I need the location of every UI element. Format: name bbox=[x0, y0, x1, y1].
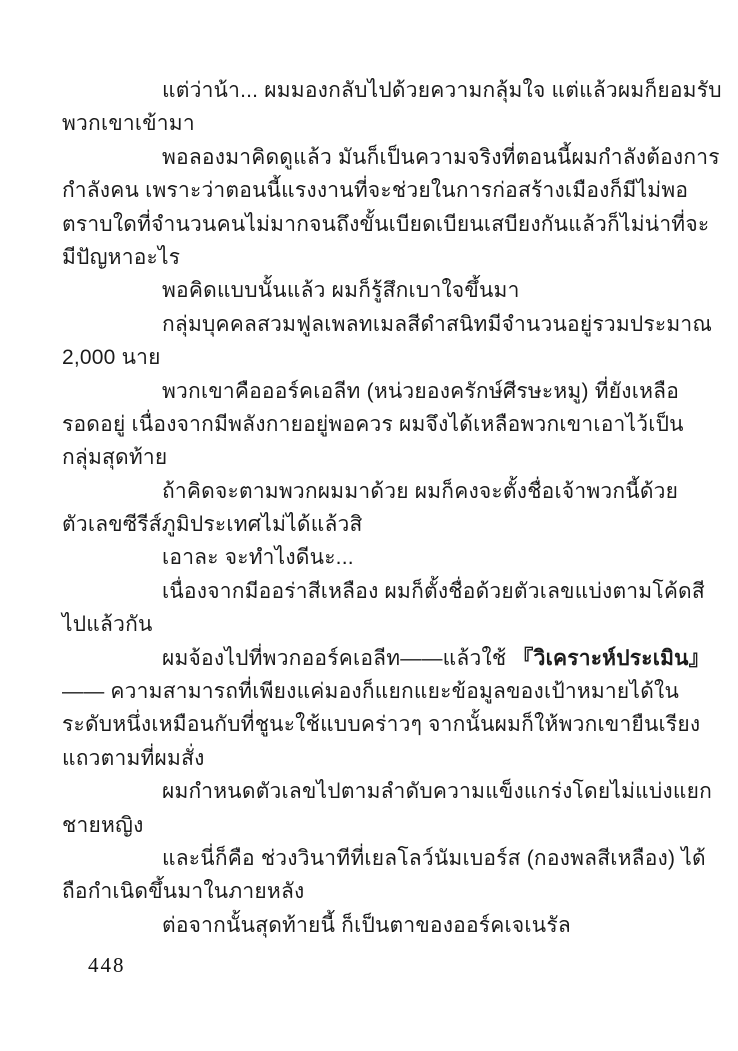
text-line: พวกเขาคือออร์คเอลีท (หน่วยองครักษ์ศีรษะห… bbox=[62, 375, 676, 408]
text-line: และนี่ก็คือ ช่วงวินาทีที่เยลโลว์นัมเบอร์… bbox=[62, 842, 676, 875]
text-line: รอดอยู่ เนื่องจากมีพลังกายอยู่พอควร ผมจึ… bbox=[62, 408, 676, 441]
text-line: เนื่องจากมีออร่าสีเหลือง ผมก็ตั้งชื่อด้ว… bbox=[62, 575, 676, 608]
text-line: —— ความสามารถที่เพียงแค่มองก็แยกแยะข้อมู… bbox=[62, 675, 676, 708]
page-text: แต่ว่าน้า... ผมมองกลับไปด้วยความกลุ้มใจ … bbox=[62, 74, 676, 942]
text-line: ถ้าคิดจะตามพวกผมมาด้วย ผมก็คงจะตั้งชื่อเ… bbox=[62, 475, 676, 508]
page-number: 448 bbox=[88, 953, 126, 978]
text-line: เอาละ จะทำไงดีนะ... bbox=[62, 541, 676, 574]
text-line: ระดับหนึ่งเหมือนกับที่ชูนะใช้แบบคร่าวๆ จ… bbox=[62, 708, 676, 741]
text-line: พอคิดแบบนั้นแล้ว ผมก็รู้สึกเบาใจขึ้นมา bbox=[62, 274, 676, 307]
text-line: พวกเขาเข้ามา bbox=[62, 107, 676, 140]
text-line: ผมจ้องไปที่พวกออร์คเอลีท——แล้วใช้ 『วิเคร… bbox=[62, 642, 676, 675]
text-line: ตราบใดที่จำนวนคนไม่มากจนถึงขั้นเบียดเบีย… bbox=[62, 208, 676, 241]
text-line: ผมกำหนดตัวเลขไปตามลำดับความแข็งแกร่งโดยไ… bbox=[62, 775, 676, 808]
text-line: กลุ่มบุคคลสวมฟูลเพลทเมลสีดำสนิทมีจำนวนอย… bbox=[62, 308, 676, 341]
text-line: ตัวเลขซีรีส์ภูมิประเทศไม่ได้แล้วสิ bbox=[62, 508, 676, 541]
text-line: ชายหญิง bbox=[62, 809, 676, 842]
text-line: ถือกำเนิดขึ้นมาในภายหลัง bbox=[62, 875, 676, 908]
text-line: มีปัญหาอะไร bbox=[62, 241, 676, 274]
skill-name-bold: 『วิเคราะห์ประเมิน』 bbox=[512, 647, 709, 670]
text-line: ต่อจากนั้นสุดท้ายนี้ ก็เป็นตาของออร์คเจเ… bbox=[62, 909, 676, 942]
text-line: พอลองมาคิดดูแล้ว มันก็เป็นความจริงที่ตอน… bbox=[62, 141, 676, 174]
text-line: แถวตามที่ผมสั่ง bbox=[62, 742, 676, 775]
text-line: ไปแล้วกัน bbox=[62, 608, 676, 641]
text-line: กำลังคน เพราะว่าตอนนี้แรงงานที่จะช่วยในก… bbox=[62, 174, 676, 207]
text-line: 2,000 นาย bbox=[62, 341, 676, 374]
text-line: แต่ว่าน้า... ผมมองกลับไปด้วยความกลุ้มใจ … bbox=[62, 74, 676, 107]
text-line: กลุ่มสุดท้าย bbox=[62, 441, 676, 474]
line-text: ผมจ้องไปที่พวกออร์คเอลีท——แล้วใช้ bbox=[162, 647, 512, 670]
book-page: แต่ว่าน้า... ผมมองกลับไปด้วยความกลุ้มใจ … bbox=[0, 0, 738, 1051]
